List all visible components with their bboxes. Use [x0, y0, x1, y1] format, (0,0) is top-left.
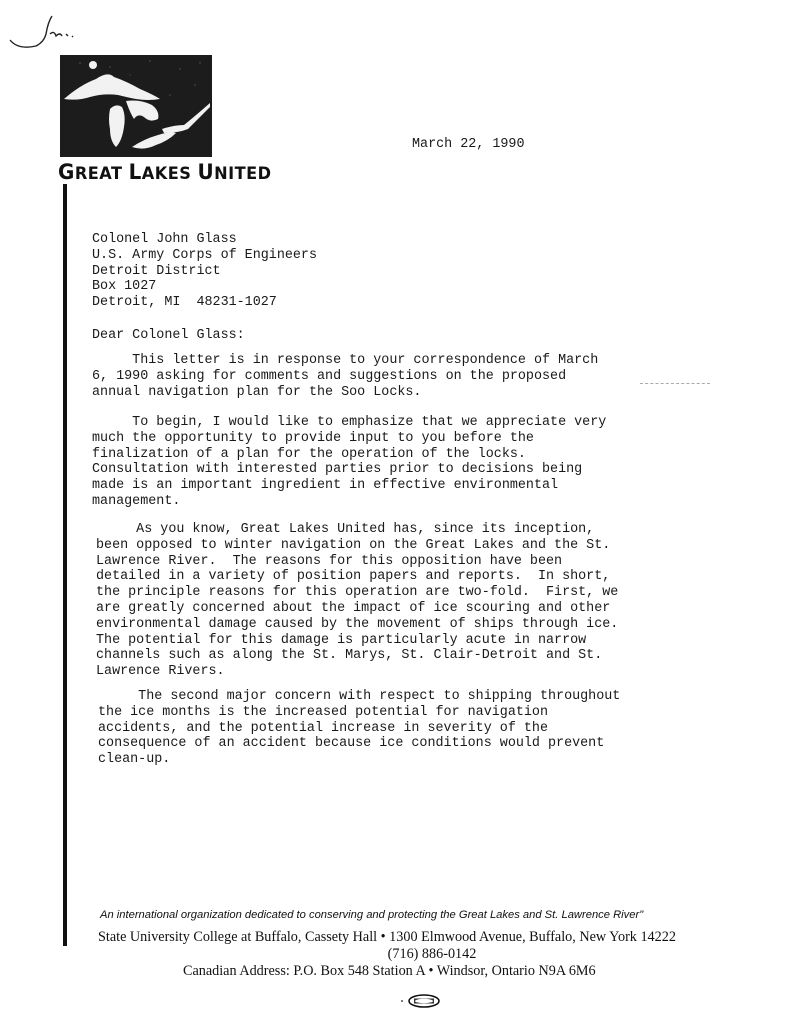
body-paragraph: This letter is in response to your corre…: [92, 353, 598, 400]
recipient-box: Box 1027: [92, 279, 317, 295]
canadian-address: Canadian Address: P.O. Box 548 Station A…: [183, 963, 596, 980]
scan-artifact-divider: [640, 383, 710, 385]
great-lakes-map-icon: [60, 55, 212, 157]
salutation: Dear Colonel Glass:: [92, 328, 245, 344]
recipient-name: Colonel John Glass: [92, 232, 317, 248]
letterhead-vertical-rule: [63, 184, 67, 946]
phone-number: (716) 886-0142: [0, 946, 794, 963]
recipient-district: Detroit District: [92, 264, 317, 280]
body-paragraph: As you know, Great Lakes United has, sin…: [96, 522, 618, 680]
organization-tagline: An international organization dedicated …: [100, 909, 643, 921]
body-paragraph: To begin, I would like to emphasize that…: [92, 415, 606, 510]
us-address: State University College at Buffalo, Cas…: [98, 929, 676, 946]
handwritten-initials-icon: [8, 12, 98, 52]
union-label-icon: [400, 994, 442, 1008]
letter-date: March 22, 1990: [412, 137, 525, 153]
recipient-city: Detroit, MI 48231-1027: [92, 295, 317, 311]
recipient-address: Colonel John Glass U.S. Army Corps of En…: [92, 232, 317, 311]
body-paragraph: The second major concern with respect to…: [98, 689, 620, 768]
organization-logo-text: GREAT LAKES UNITED: [58, 160, 272, 184]
recipient-organization: U.S. Army Corps of Engineers: [92, 248, 317, 264]
